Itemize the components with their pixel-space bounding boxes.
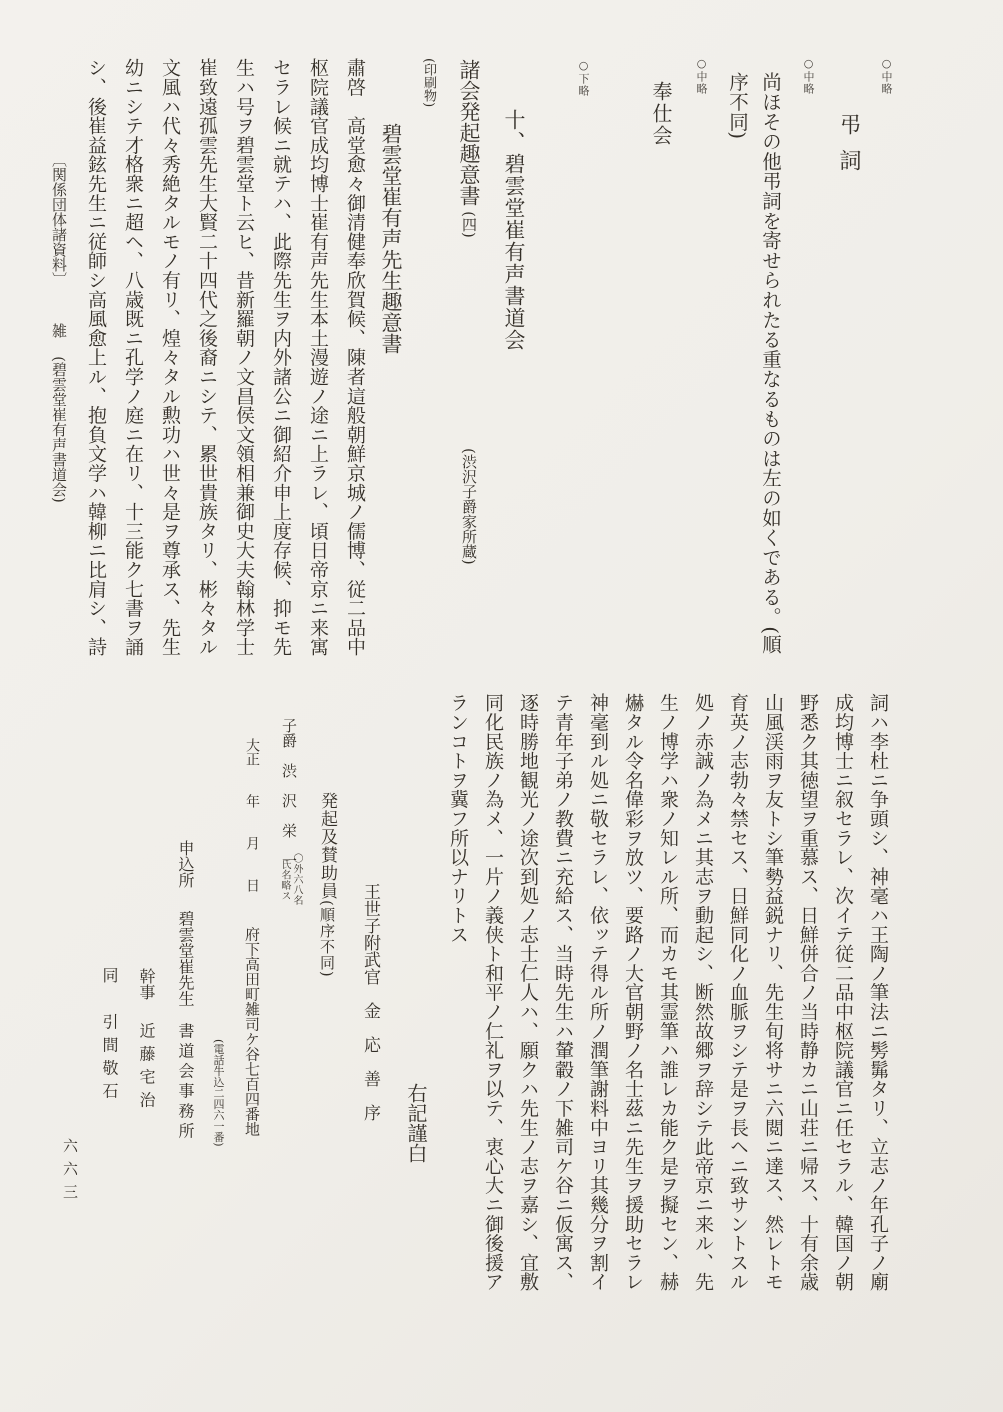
subcollection-name: (碧雲堂崔有声書道会)	[50, 356, 68, 503]
omission-mark-bottom: ○下略	[565, 55, 601, 667]
apply-office-org: 書道会事務所	[176, 1022, 195, 1142]
body-line: 文風ハ代々秀絶タルモノ有リ、煌々タル勲功ハ世々是ヲ尊承ス、先生	[151, 55, 188, 667]
body-line: 野悉ク其徳望ヲ重慕ス、日鮮併合ノ当時静カニ山荘ニ帰ス、十有余歳	[790, 690, 825, 1400]
document-title: 碧雲堂崔有声先生趣意書	[373, 55, 409, 667]
subtitle-number: (四)	[460, 211, 478, 238]
body-line: ランコトヲ冀フ所以ナリトス	[440, 690, 475, 1400]
omission-mark: ○中略	[867, 55, 905, 667]
document-page: ○中略 弔詞 ○中略 尚ほその他弔詞を寄せられたる重なるものは左の如くである。(…	[0, 0, 1003, 1412]
houshikai-heading: 奉仕会	[641, 55, 681, 667]
subtitle: 諸会発起趣意書	[457, 59, 481, 206]
closing-respectful-note: 右記謹白	[392, 690, 440, 1400]
body-line: 生ノ博学ハ衆ノ知レル所、而カモ其霊筆ハ誰レカ能ク是ヲ擬セン、赫	[650, 690, 685, 1400]
date-address-column: 大正 年 月 日 府下高田町雑司ケ谷七百四番地	[232, 690, 272, 1400]
body-line: 枢院議官成均博士崔有声先生本土漫遊ノ途ニ上ラレ、頃日帝京ニ来寓	[299, 55, 336, 667]
address-line: 府下高田町雑司ケ谷七百四番地	[243, 926, 261, 1136]
section-title: 十、碧雲堂崔有声書道会	[491, 55, 537, 667]
body-line: 詞ハ李杜ニ争頭シ、神毫ハ王陶ノ筆法ニ髣髴タリ、立志ノ年孔子ノ廟	[860, 690, 895, 1400]
upper-text-block: ○中略 弔詞 ○中略 尚ほその他弔詞を寄せられたる重なるものは左の如くである。(…	[77, 55, 905, 667]
body-line: 生ハ号ヲ碧雲堂ト云ヒ、昔新羅朝ノ文昌侯文領相兼御史大夫翰林学士	[225, 55, 262, 667]
body-line: 山風渓雨ヲ友トシ筆勢益鋭ナリ、先生旬将サニ六閲ニ達ス、然レトモ	[755, 690, 790, 1400]
apply-office-name: 碧雲堂崔先生	[176, 910, 195, 1006]
memorial-heading: 弔詞	[829, 55, 867, 667]
endorsers-heading-column: 発起及賛助員(順序不同)	[306, 690, 348, 1400]
apply-office-label: 申込所	[176, 840, 195, 888]
endorser-count-note: 〇外六八名 氏名略ス	[278, 853, 302, 906]
ditto-manager-column: 同 引間敬石	[92, 690, 127, 1400]
subtitle-column: 諸会発起趣意書 (四) (渋沢子爵家所蔵)	[447, 55, 491, 667]
ditto-label: 同	[100, 967, 119, 983]
body-line: 成均博士ニ叙セラレ、次イテ従二品中枢院議官ニ任セラル、韓国ノ朝	[825, 690, 860, 1400]
body-line: シ、後崔益鉉先生ニ従師シ高風愈上ル、抱負文学ハ韓柳ニ比肩シ、詩	[77, 55, 114, 667]
signer-name: 王世子附武官 金 応 善 序	[348, 690, 392, 1400]
endorsers-heading: 発起及賛助員	[317, 792, 337, 900]
memorial-note-line: 序不同)	[721, 55, 754, 667]
printed-label: (印刷物)	[409, 55, 447, 667]
body-line: 肅啓 高堂愈々御清健奉欣賀候、陳者這般朝鮮京城ノ儒博、従二品中	[336, 55, 373, 667]
body-line: セラレ候ニ就テハ、此際先生ヲ内外諸公ニ御紹介申上度存候、抑モ先	[262, 55, 299, 667]
count-note-left: 氏名略ス	[278, 853, 290, 906]
collection-category: 雑	[50, 323, 68, 338]
body-line: 崔致遠孤雲先生大賢二十四代之後裔ニシテ、累世貴族タリ、彬々タル	[188, 55, 225, 667]
omission-mark: ○中略	[681, 55, 721, 667]
body-line: 同化民族ノ為メ、一片ノ義侠ト和平ノ仁礼ヲ以テ、衷心大ニ御後援ア	[475, 690, 510, 1400]
lower-text-block: 詞ハ李杜ニ争頭シ、神毫ハ王陶ノ筆法ニ髣髴タリ、立志ノ年孔子ノ廟 成均博士ニ叙セラ…	[92, 690, 895, 1400]
application-office-column: 申込所 碧雲堂崔先生 書道会事務所	[165, 690, 205, 1400]
ditto-name: 引間敬石	[100, 1013, 119, 1105]
body-line: 逐時勝地観光ノ途次到処ノ志士仁人ハ、願クハ先生ノ志ヲ嘉シ、宜敷	[510, 690, 545, 1400]
body-line: テ青年子弟ノ教費ニ充給ス、当時先生ハ輦轂ノ下雑司ケ谷ニ仮寓ス、	[545, 690, 580, 1400]
omission-mark: ○中略	[787, 55, 829, 667]
margin-collection-label: 〔関係団体諸資料〕 雑 (碧雲堂崔有声書道会)	[46, 152, 72, 503]
manager-name: 近藤宅治	[137, 1022, 156, 1114]
page-number: 六六三	[60, 1138, 81, 1207]
endorsers-heading-note: (順序不同)	[318, 900, 336, 978]
source-note: (渋沢子爵家所蔵)	[460, 448, 478, 565]
body-line: 幼ニシテ才格衆ニ超ヘ、八歳既ニ孔学ノ庭ニ在リ、十三能ク七書ヲ誦	[114, 55, 151, 667]
manager-column: 幹事 近藤宅治	[127, 690, 165, 1400]
phone-line: (電話牛込二四六一番)	[205, 690, 232, 1400]
manager-label: 幹事	[137, 968, 156, 1000]
date-line: 大正 年 月 日	[244, 738, 260, 892]
body-line: 爀タル令名偉彩ヲ放ツ、要路ノ大官朝野ノ名士茲ニ先生ヲ援助セラレ	[615, 690, 650, 1400]
body-line: 神毫到ル処ニ敬セラレ、依ッテ得ル所ノ潤筆謝料中ヨリ其幾分ヲ割イ	[580, 690, 615, 1400]
body-line: 育英ノ志勃々禁セス、日鮮同化ノ血脈ヲシテ是ヲ長ヘニ致サントスル	[720, 690, 755, 1400]
memorial-note-line: 尚ほその他弔詞を寄せられたる重なるものは左の如くである。(順	[754, 55, 787, 667]
body-line: 処ノ赤誠ノ為メニ其志ヲ動起シ、断然故郷ヲ辞シテ此帝京ニ来ル、先	[685, 690, 720, 1400]
endorser-principal: 子爵 渋 沢 栄 一	[272, 690, 306, 1400]
count-note-right: 〇外六八名	[290, 853, 302, 906]
collection-name: 〔関係団体諸資料〕	[50, 152, 68, 287]
